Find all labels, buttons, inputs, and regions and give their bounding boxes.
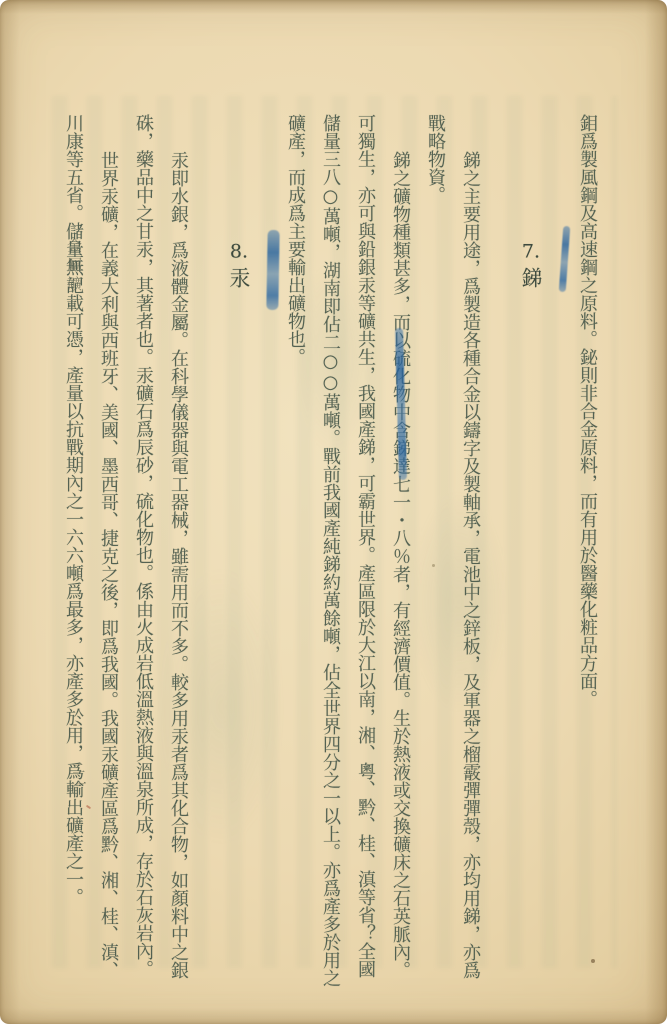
section-8-paragraph-1: 汞即水銀，爲液體金屬。在科學儀器與電工器械，雖需用而不多。較多用汞者爲其化合物，…: [126, 114, 196, 994]
section-8-heading: 8.汞: [216, 114, 262, 994]
running-title: 金屬礦: [64, 238, 85, 295]
section-8-title: 汞: [227, 261, 251, 288]
paper-speck: [432, 564, 435, 567]
page-number: 二一: [66, 761, 89, 795]
section-7-paragraph-2: 銻之礦物種類甚多，而以硫化物中含銻達七一・八％者，有經濟價值。生於熱液或交換礦床…: [278, 114, 418, 994]
section-7-heading: 7.銻: [508, 114, 554, 994]
page-text: 鉬爲製風鋼及高速鋼之原料。鉍則非合金原料，而有用於醫藥化粧品方面。 7.銻 銻之…: [56, 114, 605, 994]
blue-ink-mark-section-8: [266, 230, 279, 310]
paper-speck: [73, 724, 77, 726]
screenshot: { "document": { "intro_continuation": "鉬…: [0, 0, 667, 1024]
section-8-number: 8.: [228, 242, 250, 261]
paragraph-continuation-molybdenum-bismuth: 鉬爲製風鋼及高速鋼之原料。鉍則非合金原料，而有用於醫藥化粧品方面。: [570, 114, 605, 994]
section-7-number: 7.: [520, 242, 542, 261]
scanned-document-page: 鉬爲製風鋼及高速鋼之原料。鉍則非合金原料，而有用於醫藥化粧品方面。 7.銻 銻之…: [0, 0, 667, 1024]
root: html { background: #ffffff; } body { mar…: [0, 0, 667, 1024]
section-7-paragraph-1: 銻之主要用途，爲製造各種合金以鑄字及製軸承，電池中之鋅板，及軍器之榴霰彈彈殼，亦…: [418, 114, 488, 994]
paper-speck: [591, 959, 595, 963]
section-7-title: 銻: [519, 261, 543, 288]
blue-ink-mark-section-7: [559, 226, 571, 292]
